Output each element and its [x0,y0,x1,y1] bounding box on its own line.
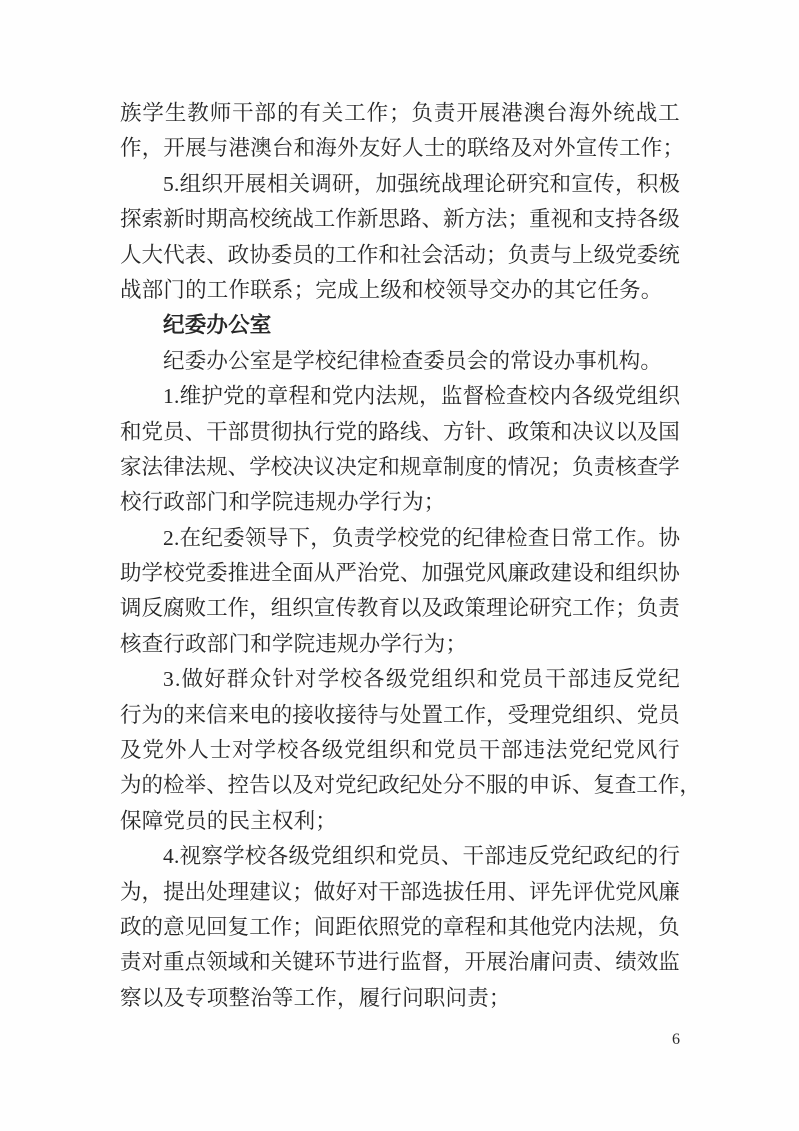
text-line: 政的意见回复工作；间距依照党的章程和其他党内法规，负 [120,910,680,945]
text-line: 人大代表、政协委员的工作和社会活动；负责与上级党委统 [120,238,680,273]
text-line: 探索新时期高校统战工作新思路、新方法；重视和支持各级 [120,202,680,237]
text-line: 5.组织开展相关调研，加强统战理论研究和宣传，积极 [120,167,680,202]
text-line: 作，开展与港澳台和海外友好人士的联络及对外宣传工作； [120,131,680,166]
page-number: 6 [664,1028,688,1052]
text-line: 和党员、干部贯彻执行党的路线、方针、政策和决议以及国 [120,415,680,450]
text-line: 3.做好群众针对学校各级党组织和党员干部违反党纪 [120,662,680,697]
section-heading: 纪委办公室 [120,308,680,343]
text-line: 校行政部门和学院违规办学行为； [120,485,680,520]
text-line: 2.在纪委领导下，负责学校党的纪律检查日常工作。协 [120,521,680,556]
text-line: 家法律法规、学校决议决定和规章制度的情况；负责核查学 [120,450,680,485]
text-line: 为，提出处理建议；做好对干部选拔任用、评先评优党风廉 [120,875,680,910]
text-line: 及党外人士对学校各级党组织和党员干部违法党纪党风行 [120,733,680,768]
text-lines: 族学生教师干部的有关工作；负责开展港澳台海外统战工作，开展与港澳台和海外友好人士… [120,96,680,1016]
text-line: 助学校党委推进全面从严治党、加强党风廉政建设和组织协 [120,556,680,591]
text-line: 保障党员的民主权利； [120,804,680,839]
text-line: 4.视察学校各级党组织和党员、干部违反党纪政纪的行 [120,839,680,874]
text-line: 为的检举、控告以及对党纪政纪处分不服的申诉、复查工作， [120,768,680,803]
text-line: 责对重点领域和关键环节进行监督，开展治庸问责、绩效监 [120,945,680,980]
text-line: 纪委办公室是学校纪律检查委员会的常设办事机构。 [120,344,680,379]
text-line: 族学生教师干部的有关工作；负责开展港澳台海外统战工 [120,96,680,131]
text-line: 1.维护党的章程和党内法规，监督检查校内各级党组织 [120,379,680,414]
text-line: 察以及专项整治等工作，履行问职问责； [120,981,680,1016]
document-page: 族学生教师干部的有关工作；负责开展港澳台海外统战工作，开展与港澳台和海外友好人士… [0,0,799,1131]
text-line: 行为的来信来电的接收接待与处置工作，受理党组织、党员 [120,698,680,733]
text-line: 调反腐败工作，组织宣传教育以及政策理论研究工作；负责 [120,591,680,626]
text-line: 战部门的工作联系；完成上级和校领导交办的其它任务。 [120,273,680,308]
text-line: 核查行政部门和学院违规办学行为； [120,627,680,662]
